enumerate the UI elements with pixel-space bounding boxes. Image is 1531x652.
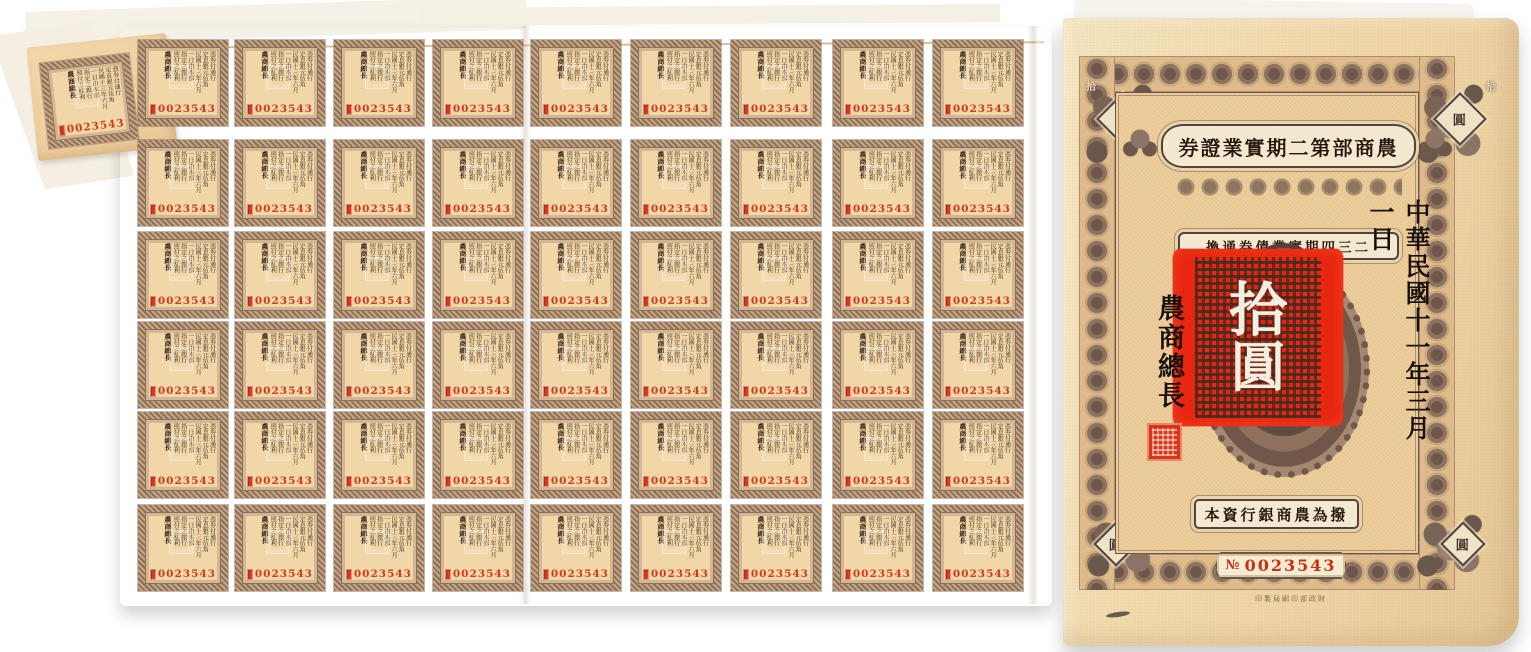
coupon-red-seal [59,124,66,136]
coupon-signature: 農商總長 [163,243,171,297]
coupon-signature: 農商總長 [858,516,866,570]
coupon: 憑券付通行定息銀元伍角民國十三年六月一日由本部指定之銀行照付之紅利農商總長002… [833,40,923,126]
certificate-inner-field: 券證業實期二第部商農 換通券債業實期四三二 拾 圓 中華民國十一年三月一日 農商… [1115,92,1419,554]
coupon-text: 憑券付通行定息銀元伍角民國十三年六月一日由本部指定之銀行照付之紅利農商總長 [345,333,413,387]
coupon-serial-number: 0023543 [953,203,1011,215]
coupon-red-seal [945,476,951,487]
coupon-signature: 農商總長 [260,151,268,205]
serial-number: 0023543 [1245,556,1337,575]
coupon-text: 憑券付通行定息銀元伍角民國十三年六月一日由本部指定之銀行照付之紅利農商總長 [444,516,512,570]
coupon-red-seal [346,476,352,487]
coupon-serial-row: 0023543 [643,568,709,580]
coupon-red-seal [845,569,851,580]
coupon-serial-number: 0023543 [453,568,511,580]
fold-crease [1028,26,1044,604]
coupon: 憑券付通行定息銀元伍角民國十三年六月一日由本部指定之銀行照付之紅利農商總長002… [138,232,228,318]
coupon-red-seal [150,204,156,215]
certificate-title: 券證業實期二第部商農 [1179,132,1399,161]
coupon-serial-number: 0023543 [953,568,1011,580]
coupon-serial-row: 0023543 [845,385,911,397]
coupon-serial-number: 0023543 [651,295,709,307]
coupon: 憑券付通行定息銀元伍角民國十三年六月一日由本部指定之銀行照付之紅利農商總長002… [433,40,523,126]
coupon-signature: 農商總長 [656,516,664,570]
coupon: 憑券付通行定息銀元伍角民國十三年六月一日由本部指定之銀行照付之紅利農商總長002… [631,232,721,318]
coupon: 憑券付通行定息銀元伍角民國十三年六月一日由本部指定之銀行照付之紅利農商總長002… [933,232,1023,318]
coupon-serial-number: 0023543 [953,385,1011,397]
coupon-serial-row: 0023543 [743,475,809,487]
coupon: 憑券付通行定息銀元伍角民國十三年六月一日由本部指定之銀行照付之紅利農商總長002… [631,40,721,126]
coupon-serial-number: 0023543 [853,295,911,307]
coupon-red-seal [150,386,156,397]
coupon-serial-number: 0023543 [453,385,511,397]
coupon-red-seal [643,386,649,397]
coupon-text: 憑券付通行定息銀元伍角民國十三年六月一日由本部指定之銀行照付之紅利農商總長 [444,243,512,297]
coupon-red-seal [743,386,749,397]
coupon-red-seal [445,104,451,115]
coupon-red-seal [643,476,649,487]
coupon-serial-number: 0023543 [158,103,216,115]
coupon-serial-row: 0023543 [247,475,313,487]
coupon-serial-row: 0023543 [845,568,911,580]
coupon-serial-row: 0023543 [543,568,609,580]
coupon-signature: 農商總長 [163,516,171,570]
coupon: 憑券付通行定息銀元伍角民國十三年六月一日由本部指定之銀行照付之紅利農商總長002… [235,412,325,498]
coupon-serial-row: 0023543 [743,385,809,397]
coupon-red-seal [543,204,549,215]
coupon-signature: 農商總長 [458,516,466,570]
coupon-signature: 農商總長 [260,423,268,477]
coupon-serial-row: 0023543 [445,295,511,307]
coupon-serial-number: 0023543 [751,103,809,115]
coupon-text: 憑券付通行定息銀元伍角民國十三年六月一日由本部指定之銀行照付之紅利農商總長 [149,243,217,297]
coupon-serial-row: 0023543 [945,568,1011,580]
coupon: 憑券付通行定息銀元伍角民國十三年六月一日由本部指定之銀行照付之紅利農商總長002… [933,140,1023,226]
title-cartouche: 券證業實期二第部商農 [1161,124,1416,168]
coupon: 憑券付通行定息銀元伍角民國十三年六月一日由本部指定之銀行照付之紅利農商總長002… [138,40,228,126]
coupon: 憑券付通行定息銀元伍角民國十三年六月一日由本部指定之銀行照付之紅利農商總長002… [39,53,138,149]
coupon-serial-number: 0023543 [255,568,313,580]
coupon-signature: 農商總長 [458,51,466,105]
coupon: 憑券付通行定息銀元伍角民國十三年六月一日由本部指定之銀行照付之紅利農商總長002… [334,40,424,126]
coupon-signature: 農商總長 [260,51,268,105]
coupon-text: 憑券付通行定息銀元伍角民國十三年六月一日由本部指定之銀行照付之紅利農商總長 [742,243,810,297]
coupon-signature: 農商總長 [556,516,564,570]
coupon-serial-number: 0023543 [853,475,911,487]
coupon-serial-row: 0023543 [543,475,609,487]
coupon: 憑券付通行定息銀元伍角民國十三年六月一日由本部指定之銀行照付之紅利農商總長002… [433,140,523,226]
coupon-red-seal [445,476,451,487]
coupon-signature: 農商總長 [858,423,866,477]
coupon-text: 憑券付通行定息銀元伍角民國十三年六月一日由本部指定之銀行照付之紅利農商總長 [345,51,413,105]
coupon-signature: 農商總長 [163,51,171,105]
coupon-text: 憑券付通行定息銀元伍角民國十三年六月一日由本部指定之銀行照付之紅利農商總長 [642,51,710,105]
coupon-text: 憑券付通行定息銀元伍角民國十三年六月一日由本部指定之銀行照付之紅利農商總長 [345,243,413,297]
coupon-serial-row: 0023543 [346,475,412,487]
coupon-serial-number: 0023543 [354,568,412,580]
coupon-signature: 農商總長 [458,333,466,387]
coupon-signature: 農商總長 [556,423,564,477]
coupon-red-seal [543,296,549,307]
coupon-serial-number: 0023543 [953,295,1011,307]
coupon-text: 憑券付通行定息銀元伍角民國十三年六月一日由本部指定之銀行照付之紅利農商總長 [642,516,710,570]
coupon-signature: 農商總長 [858,333,866,387]
vermillion-denomination-seal: 拾 圓 [1173,249,1343,426]
coupon-signature: 農商總長 [958,333,966,387]
coupon-serial-number: 0023543 [354,203,412,215]
coupon-text: 憑券付通行定息銀元伍角民國十三年六月一日由本部指定之銀行照付之紅利農商總長 [444,51,512,105]
coupon-serial-number: 0023543 [551,103,609,115]
coupon-signature: 農商總長 [858,51,866,105]
coupon-red-seal [945,296,951,307]
coupon-serial-number: 0023543 [751,295,809,307]
coupon-signature: 農商總長 [260,333,268,387]
coupon-serial-row: 0023543 [150,295,216,307]
seal-char-shi: 拾 [1229,281,1287,339]
coupon-red-seal [743,204,749,215]
coupon-red-seal [845,204,851,215]
coupon: 憑券付通行定息銀元伍角民國十三年六月一日由本部指定之銀行照付之紅利農商總長002… [531,322,621,408]
coupon-serial-number: 0023543 [853,103,911,115]
coupon-serial-row: 0023543 [643,475,709,487]
coupon: 憑券付通行定息銀元伍角民國十三年六月一日由本部指定之銀行照付之紅利農商總長002… [833,505,923,591]
coupon: 憑券付通行定息銀元伍角民國十三年六月一日由本部指定之銀行照付之紅利農商總長002… [731,505,821,591]
coupon-red-seal [150,104,156,115]
coupon-text: 憑券付通行定息銀元伍角民國十三年六月一日由本部指定之銀行照付之紅利農商總長 [149,423,217,477]
coupon-red-seal [845,476,851,487]
coupon: 憑券付通行定息銀元伍角民國十三年六月一日由本部指定之銀行照付之紅利農商總長002… [833,140,923,226]
coupon-serial-row: 0023543 [643,385,709,397]
coupon-text: 憑券付通行定息銀元伍角民國十三年六月一日由本部指定之銀行照付之紅利農商總長 [542,516,610,570]
coupon-red-seal [543,569,549,580]
coupon-red-seal [247,296,253,307]
coupon-text: 憑券付通行定息銀元伍角民國十三年六月一日由本部指定之銀行照付之紅利農商總長 [246,516,314,570]
coupon: 憑券付通行定息銀元伍角民國十三年六月一日由本部指定之銀行照付之紅利農商總長002… [433,232,523,318]
coupon-serial-number: 0023543 [354,103,412,115]
coupon-serial-row: 0023543 [543,295,609,307]
coupon-text: 憑券付通行定息銀元伍角民國十三年六月一日由本部指定之銀行照付之紅利農商總長 [345,423,413,477]
coupon-text: 憑券付通行定息銀元伍角民國十三年六月一日由本部指定之銀行照付之紅利農商總長 [246,51,314,105]
coupon-serial-row: 0023543 [150,103,216,115]
coupon-text: 憑券付通行定息銀元伍角民國十三年六月一日由本部指定之銀行照付之紅利農商總長 [844,151,912,205]
floral-garland [1174,175,1402,199]
coupon-serial-row: 0023543 [150,568,216,580]
coupon-text: 憑券付通行定息銀元伍角民國十三年六月一日由本部指定之銀行照付之紅利農商總長 [642,423,710,477]
coupon-red-seal [445,296,451,307]
coupon-text: 憑券付通行定息銀元伍角民國十三年六月一日由本部指定之銀行照付之紅利農商總長 [246,423,314,477]
coupon: 憑券付通行定息銀元伍角民國十三年六月一日由本部指定之銀行照付之紅利農商總長002… [334,412,424,498]
coupon-serial-number: 0023543 [751,385,809,397]
coupon-serial-row: 0023543 [445,203,511,215]
coupon-serial-row: 0023543 [150,475,216,487]
coupon-text: 憑券付通行定息銀元伍角民國十三年六月一日由本部指定之銀行照付之紅利農商總長 [149,51,217,105]
coupon-text: 憑券付通行定息銀元伍角民國十三年六月一日由本部指定之銀行照付之紅利農商總長 [149,151,217,205]
coupon-serial-number: 0023543 [354,295,412,307]
coupon-serial-row: 0023543 [845,295,911,307]
coupon-signature: 農商總長 [458,423,466,477]
coupon-signature: 農商總長 [656,151,664,205]
coupon-signature: 農商總長 [359,333,367,387]
coupon-text: 憑券付通行定息銀元伍角民國十三年六月一日由本部指定之銀行照付之紅利農商總長 [742,423,810,477]
coupon-red-seal [445,204,451,215]
coupon: 憑券付通行定息銀元伍角民國十三年六月一日由本部指定之銀行照付之紅利農商總長002… [731,412,821,498]
coupon-serial-row: 0023543 [247,103,313,115]
coupon-serial-row: 0023543 [150,385,216,397]
coupon: 憑券付通行定息銀元伍角民國十三年六月一日由本部指定之銀行照付之紅利農商總長002… [833,232,923,318]
coupon-serial-number: 0023543 [953,475,1011,487]
coupon-red-seal [845,104,851,115]
corner-ornament-bottom-right: 圓 [1409,510,1502,590]
coupon-serial-number: 0023543 [255,295,313,307]
coupon: 憑券付通行定息銀元伍角民國十三年六月一日由本部指定之銀行照付之紅利農商總長002… [235,40,325,126]
coupon: 憑券付通行定息銀元伍角民國十三年六月一日由本部指定之銀行照付之紅利農商總長002… [731,140,821,226]
coupon-serial-row: 0023543 [845,103,911,115]
coupon-red-seal [743,476,749,487]
coupon: 憑券付通行定息銀元伍角民國十三年六月一日由本部指定之銀行照付之紅利農商總長002… [334,322,424,408]
coupon: 憑券付通行定息銀元伍角民國十三年六月一日由本部指定之銀行照付之紅利農商總長002… [334,140,424,226]
coupon-red-seal [150,296,156,307]
coupon-signature: 農商總長 [359,243,367,297]
coupon-serial-row: 0023543 [945,203,1011,215]
coupon-red-seal [743,296,749,307]
coupon-serial-row: 0023543 [543,385,609,397]
coupon-signature: 農商總長 [163,151,171,205]
coupon-text: 憑券付通行定息銀元伍角民國十三年六月一日由本部指定之銀行照付之紅利農商總長 [542,51,610,105]
coupon-signature: 農商總長 [756,516,764,570]
coupon: 憑券付通行定息銀元伍角民國十三年六月一日由本部指定之銀行照付之紅利農商總長002… [531,505,621,591]
coupon-text: 憑券付通行定息銀元伍角民國十三年六月一日由本部指定之銀行照付之紅利農商總長 [642,151,710,205]
coupon-red-seal [247,204,253,215]
coupon: 憑券付通行定息銀元伍角民國十三年六月一日由本部指定之銀行照付之紅利農商總長002… [433,505,523,591]
coupon-serial-row: 0023543 [346,385,412,397]
coupon-text: 憑券付通行定息銀元伍角民國十三年六月一日由本部指定之銀行照付之紅利農商總長 [742,51,810,105]
coupon-text: 憑券付通行定息銀元伍角民國十三年六月一日由本部指定之銀行照付之紅利農商總長 [844,333,912,387]
coupon-serial-number: 0023543 [751,203,809,215]
coupon-red-seal [643,204,649,215]
coupon: 憑券付通行定息銀元伍角民國十三年六月一日由本部指定之銀行照付之紅利農商總長002… [631,412,721,498]
coupon: 憑券付通行定息銀元伍角民國十三年六月一日由本部指定之銀行照付之紅利農商總長002… [433,322,523,408]
coupon-signature: 農商總長 [260,243,268,297]
coupon-signature: 農商總長 [556,151,564,205]
coupon-red-seal [150,569,156,580]
coupon-red-seal [247,104,253,115]
coupon-serial-number: 0023543 [853,385,911,397]
printer-imprint: 印製局刷印部政財 [1193,594,1389,604]
coupon-serial-row: 0023543 [445,385,511,397]
coupon-serial-number: 0023543 [551,295,609,307]
coupon-serial-row: 0023543 [743,568,809,580]
coupon-serial-number: 0023543 [158,475,216,487]
coupon-serial-row: 0023543 [346,103,412,115]
coupon-signature: 農商總長 [756,151,764,205]
coupon: 憑券付通行定息銀元伍角民國十三年六月一日由本部指定之銀行照付之紅利農商總長002… [138,322,228,408]
coupon-serial-number: 0023543 [651,203,709,215]
coupon-serial-number: 0023543 [255,385,313,397]
coupon-serial-row: 0023543 [743,203,809,215]
coupon-serial-row: 0023543 [845,203,911,215]
coupon-sheet: 憑券付通行定息銀元伍角民國十三年六月一日由本部指定之銀行照付之紅利農商總長002… [28,14,1060,626]
coupon-serial-number: 0023543 [953,103,1011,115]
coupon-serial-row: 0023543 [945,475,1011,487]
coupon-text: 憑券付通行定息銀元伍角民國十三年六月一日由本部指定之銀行照付之紅利農商總長 [944,51,1012,105]
coupon: 憑券付通行定息銀元伍角民國十三年六月一日由本部指定之銀行照付之紅利農商總長002… [235,505,325,591]
coupon-signature: 農商總長 [359,423,367,477]
coupon-serial-row: 0023543 [643,103,709,115]
coupon-text: 憑券付通行定息銀元伍角民國十三年六月一日由本部指定之銀行照付之紅利農商總長 [444,151,512,205]
coupon-serial-row: 0023543 [543,103,609,115]
coupon-signature: 農商總長 [556,333,564,387]
coupon: 憑券付通行定息銀元伍角民國十三年六月一日由本部指定之銀行照付之紅利農商總長002… [235,232,325,318]
coupon: 憑券付通行定息銀元伍角民國十三年六月一日由本部指定之銀行照付之紅利農商總長002… [631,322,721,408]
coupon: 憑券付通行定息銀元伍角民國十三年六月一日由本部指定之銀行照付之紅利農商總長002… [933,322,1023,408]
coupon-red-seal [643,296,649,307]
coupon-red-seal [346,296,352,307]
coupon-red-seal [643,569,649,580]
coupon-red-seal [643,104,649,115]
coupon-red-seal [346,569,352,580]
coupon: 憑券付通行定息銀元伍角民國十三年六月一日由本部指定之銀行照付之紅利農商總長002… [138,505,228,591]
coupon-serial-number: 0023543 [651,103,709,115]
coupon-red-seal [247,476,253,487]
coupon-signature: 農商總長 [556,243,564,297]
coupon-signature: 農商總長 [756,243,764,297]
coupon: 憑券付通行定息銀元伍角民國十三年六月一日由本部指定之銀行照付之紅利農商總長002… [334,232,424,318]
coupon-text: 憑券付通行定息銀元伍角民國十三年六月一日由本部指定之銀行照付之紅利農商總長 [345,151,413,205]
coupon-red-seal [247,386,253,397]
coupon-signature: 農商總長 [656,333,664,387]
coupon-signature: 農商總長 [958,423,966,477]
coupon-signature: 農商總長 [656,243,664,297]
coupon: 憑券付通行定息銀元伍角民國十三年六月一日由本部指定之銀行照付之紅利農商總長002… [433,412,523,498]
coupon-text: 憑券付通行定息銀元伍角民國十三年六月一日由本部指定之銀行照付之紅利農商總長 [246,151,314,205]
coupon-red-seal [945,204,951,215]
coupon-text: 憑券付通行定息銀元伍角民國十三年六月一日由本部指定之銀行照付之紅利農商總長 [246,243,314,297]
coupon-serial-row: 0023543 [247,385,313,397]
coupon-text: 憑券付通行定息銀元伍角民國十三年六月一日由本部指定之銀行照付之紅利農商總長 [149,516,217,570]
coupon-signature: 農商總長 [458,151,466,205]
coupon-serial-number: 0023543 [255,475,313,487]
coupon-serial-number: 0023543 [853,568,911,580]
coupon-text: 憑券付通行定息銀元伍角民國十三年六月一日由本部指定之銀行照付之紅利農商總長 [444,333,512,387]
coupon-red-seal [845,296,851,307]
coupon-serial-row: 0023543 [150,203,216,215]
coupon-serial-row: 0023543 [445,568,511,580]
coupon-serial-number: 0023543 [751,568,809,580]
signer-red-seal [1147,423,1182,461]
coupon-signature: 農商總長 [958,51,966,105]
coupon-text: 憑券付通行定息銀元伍角民國十三年六月一日由本部指定之銀行照付之紅利農商總長 [844,51,912,105]
coupon-red-seal [845,386,851,397]
coupon-serial-number: 0023543 [551,203,609,215]
coupon-signature: 農商總長 [858,243,866,297]
coupon-serial-number: 0023543 [551,385,609,397]
coupon-text: 憑券付通行定息銀元伍角民國十三年六月一日由本部指定之銀行照付之紅利農商總長 [345,516,413,570]
coupon-text: 憑券付通行定息銀元伍角民國十三年六月一日由本部指定之銀行照付之紅利農商總長 [246,333,314,387]
coupon-serial-number: 0023543 [751,475,809,487]
coupon-serial-number: 0023543 [453,475,511,487]
coupon-text: 憑券付通行定息銀元伍角民國十三年六月一日由本部指定之銀行照付之紅利農商總長 [944,423,1012,477]
coupon-red-seal [445,569,451,580]
coupon-serial-number: 0023543 [255,203,313,215]
coupon: 憑券付通行定息銀元伍角民國十三年六月一日由本部指定之銀行照付之紅利農商總長002… [933,40,1023,126]
coupon-serial-number: 0023543 [158,295,216,307]
coupon-text: 憑券付通行定息銀元伍角民國十三年六月一日由本部指定之銀行照付之紅利農商總長 [844,243,912,297]
coupon-serial-number: 0023543 [158,385,216,397]
coupon-text: 憑券付通行定息銀元伍角民國十三年六月一日由本部指定之銀行照付之紅利農商總長 [542,243,610,297]
coupon-serial-row: 0023543 [543,203,609,215]
coupon-serial-number: 0023543 [651,385,709,397]
coupon-signature: 農商總長 [756,333,764,387]
coupon-red-seal [945,386,951,397]
capital-allocation-banner: 本資行銀商農為撥 [1194,499,1359,529]
coupon-serial-row: 0023543 [945,385,1011,397]
coupon-text: 憑券付通行定息銀元伍角民國十三年六月一日由本部指定之銀行照付之紅利農商總長 [742,151,810,205]
coupon-red-seal [346,386,352,397]
coupon-red-seal [543,476,549,487]
coupon: 憑券付通行定息銀元伍角民國十三年六月一日由本部指定之銀行照付之紅利農商總長002… [833,412,923,498]
coupon-serial-row: 0023543 [643,203,709,215]
coupon-red-seal [346,204,352,215]
coupon: 憑券付通行定息銀元伍角民國十三年六月一日由本部指定之銀行照付之紅利農商總長002… [531,40,621,126]
coupon-serial-row: 0023543 [945,103,1011,115]
coupon-serial-row: 0023543 [743,295,809,307]
coupon-text: 憑券付通行定息銀元伍角民國十三年六月一日由本部指定之銀行照付之紅利農商總長 [542,423,610,477]
coupon-serial-number: 0023543 [158,203,216,215]
coupon-serial-number: 0023543 [551,568,609,580]
coupon: 憑券付通行定息銀元伍角民國十三年六月一日由本部指定之銀行照付之紅利農商總長002… [731,322,821,408]
coupon-serial-row: 0023543 [346,295,412,307]
coupon-red-seal [543,386,549,397]
coupon-serial-number: 0023543 [354,475,412,487]
coupon-serial-number: 0023543 [453,203,511,215]
coupon-text: 憑券付通行定息銀元伍角民國十三年六月一日由本部指定之銀行照付之紅利農商總長 [944,333,1012,387]
coupon-serial-number: 0023543 [158,568,216,580]
coupon-serial-row: 0023543 [643,295,709,307]
coupon-text: 憑券付通行定息銀元伍角民國十三年六月一日由本部指定之銀行照付之紅利農商總長 [542,333,610,387]
scanned-bond-photo: 憑券付通行定息銀元伍角民國十三年六月一日由本部指定之銀行照付之紅利農商總長002… [0,0,1531,652]
coupon: 憑券付通行定息銀元伍角民國十三年六月一日由本部指定之銀行照付之紅利農商總長002… [531,412,621,498]
coupon: 憑券付通行定息銀元伍角民國十三年六月一日由本部指定之銀行照付之紅利農商總長002… [235,140,325,226]
coupon-red-seal [743,569,749,580]
coupon-signature: 農商總長 [359,51,367,105]
coupon: 憑券付通行定息銀元伍角民國十三年六月一日由本部指定之銀行照付之紅利農商總長002… [531,232,621,318]
coupon-signature: 農商總長 [858,151,866,205]
serial-prefix: № [1225,558,1239,573]
coupon: 憑券付通行定息銀元伍角民國十三年六月一日由本部指定之銀行照付之紅利農商總長002… [531,140,621,226]
coupon-text: 憑券付通行定息銀元伍角民國十三年六月一日由本部指定之銀行照付之紅利農商總長 [742,516,810,570]
coupon: 憑券付通行定息銀元伍角民國十三年六月一日由本部指定之銀行照付之紅利農商總長002… [631,140,721,226]
denomination-char: 拾 [1086,78,1096,93]
coupon-signature: 農商總長 [958,516,966,570]
coupon-text: 憑券付通行定息銀元伍角民國十三年六月一日由本部指定之銀行照付之紅利農商總長 [944,243,1012,297]
coupon-text: 憑券付通行定息銀元伍角民國十三年六月一日由本部指定之銀行照付之紅利農商總長 [642,333,710,387]
coupon-text: 憑券付通行定息銀元伍角民國十三年六月一日由本部指定之銀行照付之紅利農商總長 [844,516,912,570]
coupon-red-seal [743,104,749,115]
coupon-serial-number: 0023543 [255,103,313,115]
coupon-text: 憑券付通行定息銀元伍角民國十三年六月一日由本部指定之銀行照付之紅利農商總長 [742,333,810,387]
issue-date-column: 中華民國十一年三月一日 [1362,199,1434,467]
coupon-red-seal [945,104,951,115]
coupon: 憑券付通行定息銀元伍角民國十三年六月一日由本部指定之銀行照付之紅利農商總長002… [833,322,923,408]
coupon-red-seal [150,476,156,487]
coupon-signature: 農商總長 [556,51,564,105]
denomination-char: 拾 [1486,78,1496,93]
coupon-signature: 農商總長 [458,243,466,297]
coupon-serial-number: 0023543 [651,568,709,580]
coupon: 憑券付通行定息銀元伍角民國十三年六月一日由本部指定之銀行照付之紅利農商總長002… [933,505,1023,591]
coupon-signature: 農商總長 [656,423,664,477]
coupon: 憑券付通行定息銀元伍角民國十三年六月一日由本部指定之銀行照付之紅利農商總長002… [138,412,228,498]
coupon-text: 憑券付通行定息銀元伍角民國十三年六月一日由本部指定之銀行照付之紅利農商總長 [149,333,217,387]
